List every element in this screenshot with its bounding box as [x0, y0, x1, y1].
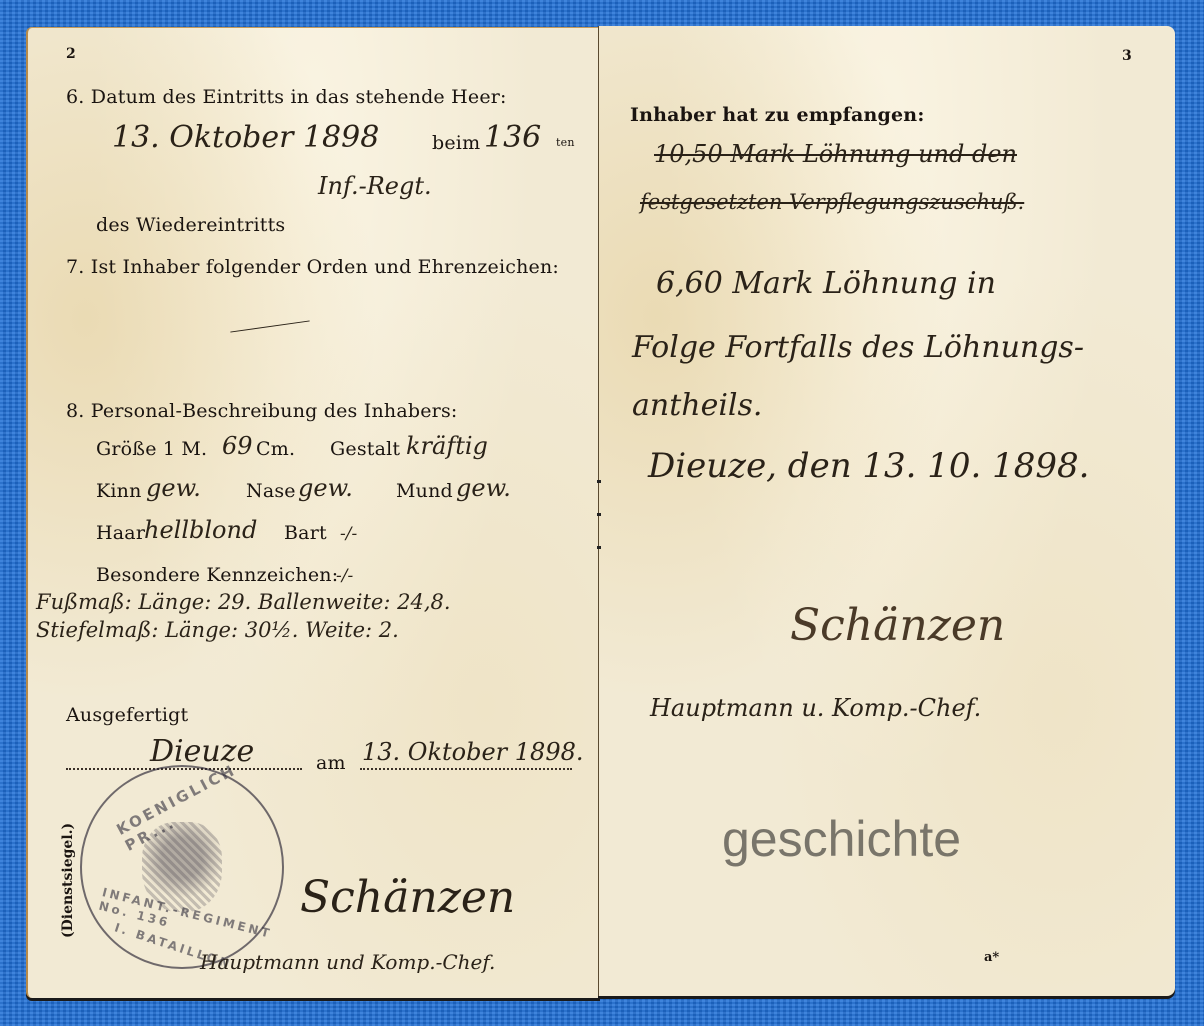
- pay-line-1: 6,60 Mark Löhnung in: [656, 266, 996, 301]
- right-signature-title: Hauptmann u. Komp.-Chef.: [650, 694, 981, 722]
- struck-line-2: festgesetzten Verpflegungszuschuß.: [640, 190, 1024, 214]
- place-date: Dieuze, den 13. 10. 1898.: [648, 446, 1090, 486]
- page-number-right: 3: [1122, 48, 1132, 64]
- left-signature-title: Hauptmann und Komp.-Chef.: [200, 950, 495, 974]
- left-signature: Schänzen: [300, 872, 515, 923]
- kennzeichen-value: -/-: [336, 566, 353, 586]
- pay-line-3: antheils.: [632, 388, 762, 423]
- struck-line-1: 10,50 Mark Löhnung und den: [654, 140, 1017, 168]
- stiefelmass-line: Stiefelmaß: Länge: 30½. Weite: 2.: [36, 618, 399, 642]
- groesse-label: Größe 1 M.: [96, 438, 207, 460]
- item6-suffix: ten: [556, 136, 575, 149]
- seal-label: (Dienstsiegel.): [60, 823, 76, 938]
- item6-label: 6. Datum des Eintritts in das stehende H…: [66, 86, 507, 108]
- item6-unit: Inf.-Regt.: [318, 172, 432, 200]
- watermark: geschichte: [722, 810, 961, 868]
- haar-label: Haar: [96, 522, 145, 544]
- issued-am-label: am: [316, 752, 346, 774]
- nase-label: Nase: [246, 480, 296, 502]
- nase-value: gew.: [298, 474, 353, 502]
- item6-regiment-number: 136: [484, 120, 541, 155]
- kinn-value: gew.: [146, 474, 201, 502]
- item8-label: 8. Personal-Beschreibung des Inhabers:: [66, 400, 458, 422]
- mund-label: Mund: [396, 480, 453, 502]
- issued-date: 13. Oktober 1898.: [362, 738, 583, 766]
- pay-line-2: Folge Fortfalls des Löhnungs-: [632, 330, 1084, 365]
- gestalt-label: Gestalt: [330, 438, 400, 460]
- bart-value: -/-: [340, 524, 357, 544]
- item6-beim: beim: [432, 132, 480, 154]
- official-seal-stamp: KOENIGLICH PR... INFANT.-REGIMENT No. 13…: [80, 765, 284, 969]
- haar-value: hellblond: [144, 516, 257, 544]
- footer-mark: a*: [984, 950, 999, 965]
- kennzeichen-label: Besondere Kennzeichen:: [96, 564, 338, 586]
- item6-reentry-label: des Wiedereintritts: [96, 214, 285, 236]
- kinn-label: Kinn: [96, 480, 142, 502]
- issued-label: Ausgefertigt: [66, 704, 188, 726]
- bart-label: Bart: [284, 522, 327, 544]
- groesse-unit: Cm.: [256, 438, 295, 460]
- item6-hand-date: 13. Oktober 1898: [112, 120, 379, 155]
- mund-value: gew.: [456, 474, 511, 502]
- page-number-left: 2: [66, 46, 76, 62]
- issued-date-line: [360, 768, 572, 770]
- groesse-value: 69: [222, 432, 253, 460]
- gestalt-value: kräftig: [406, 432, 488, 460]
- fussmass-line: Fußmaß: Länge: 29. Ballenweite: 24,8.: [36, 590, 451, 614]
- binding-stitches: [597, 480, 601, 560]
- receive-heading: Inhaber hat zu empfangen:: [630, 104, 925, 126]
- item7-label: 7. Ist Inhaber folgender Orden und Ehren…: [66, 256, 559, 278]
- right-signature: Schänzen: [790, 600, 1005, 651]
